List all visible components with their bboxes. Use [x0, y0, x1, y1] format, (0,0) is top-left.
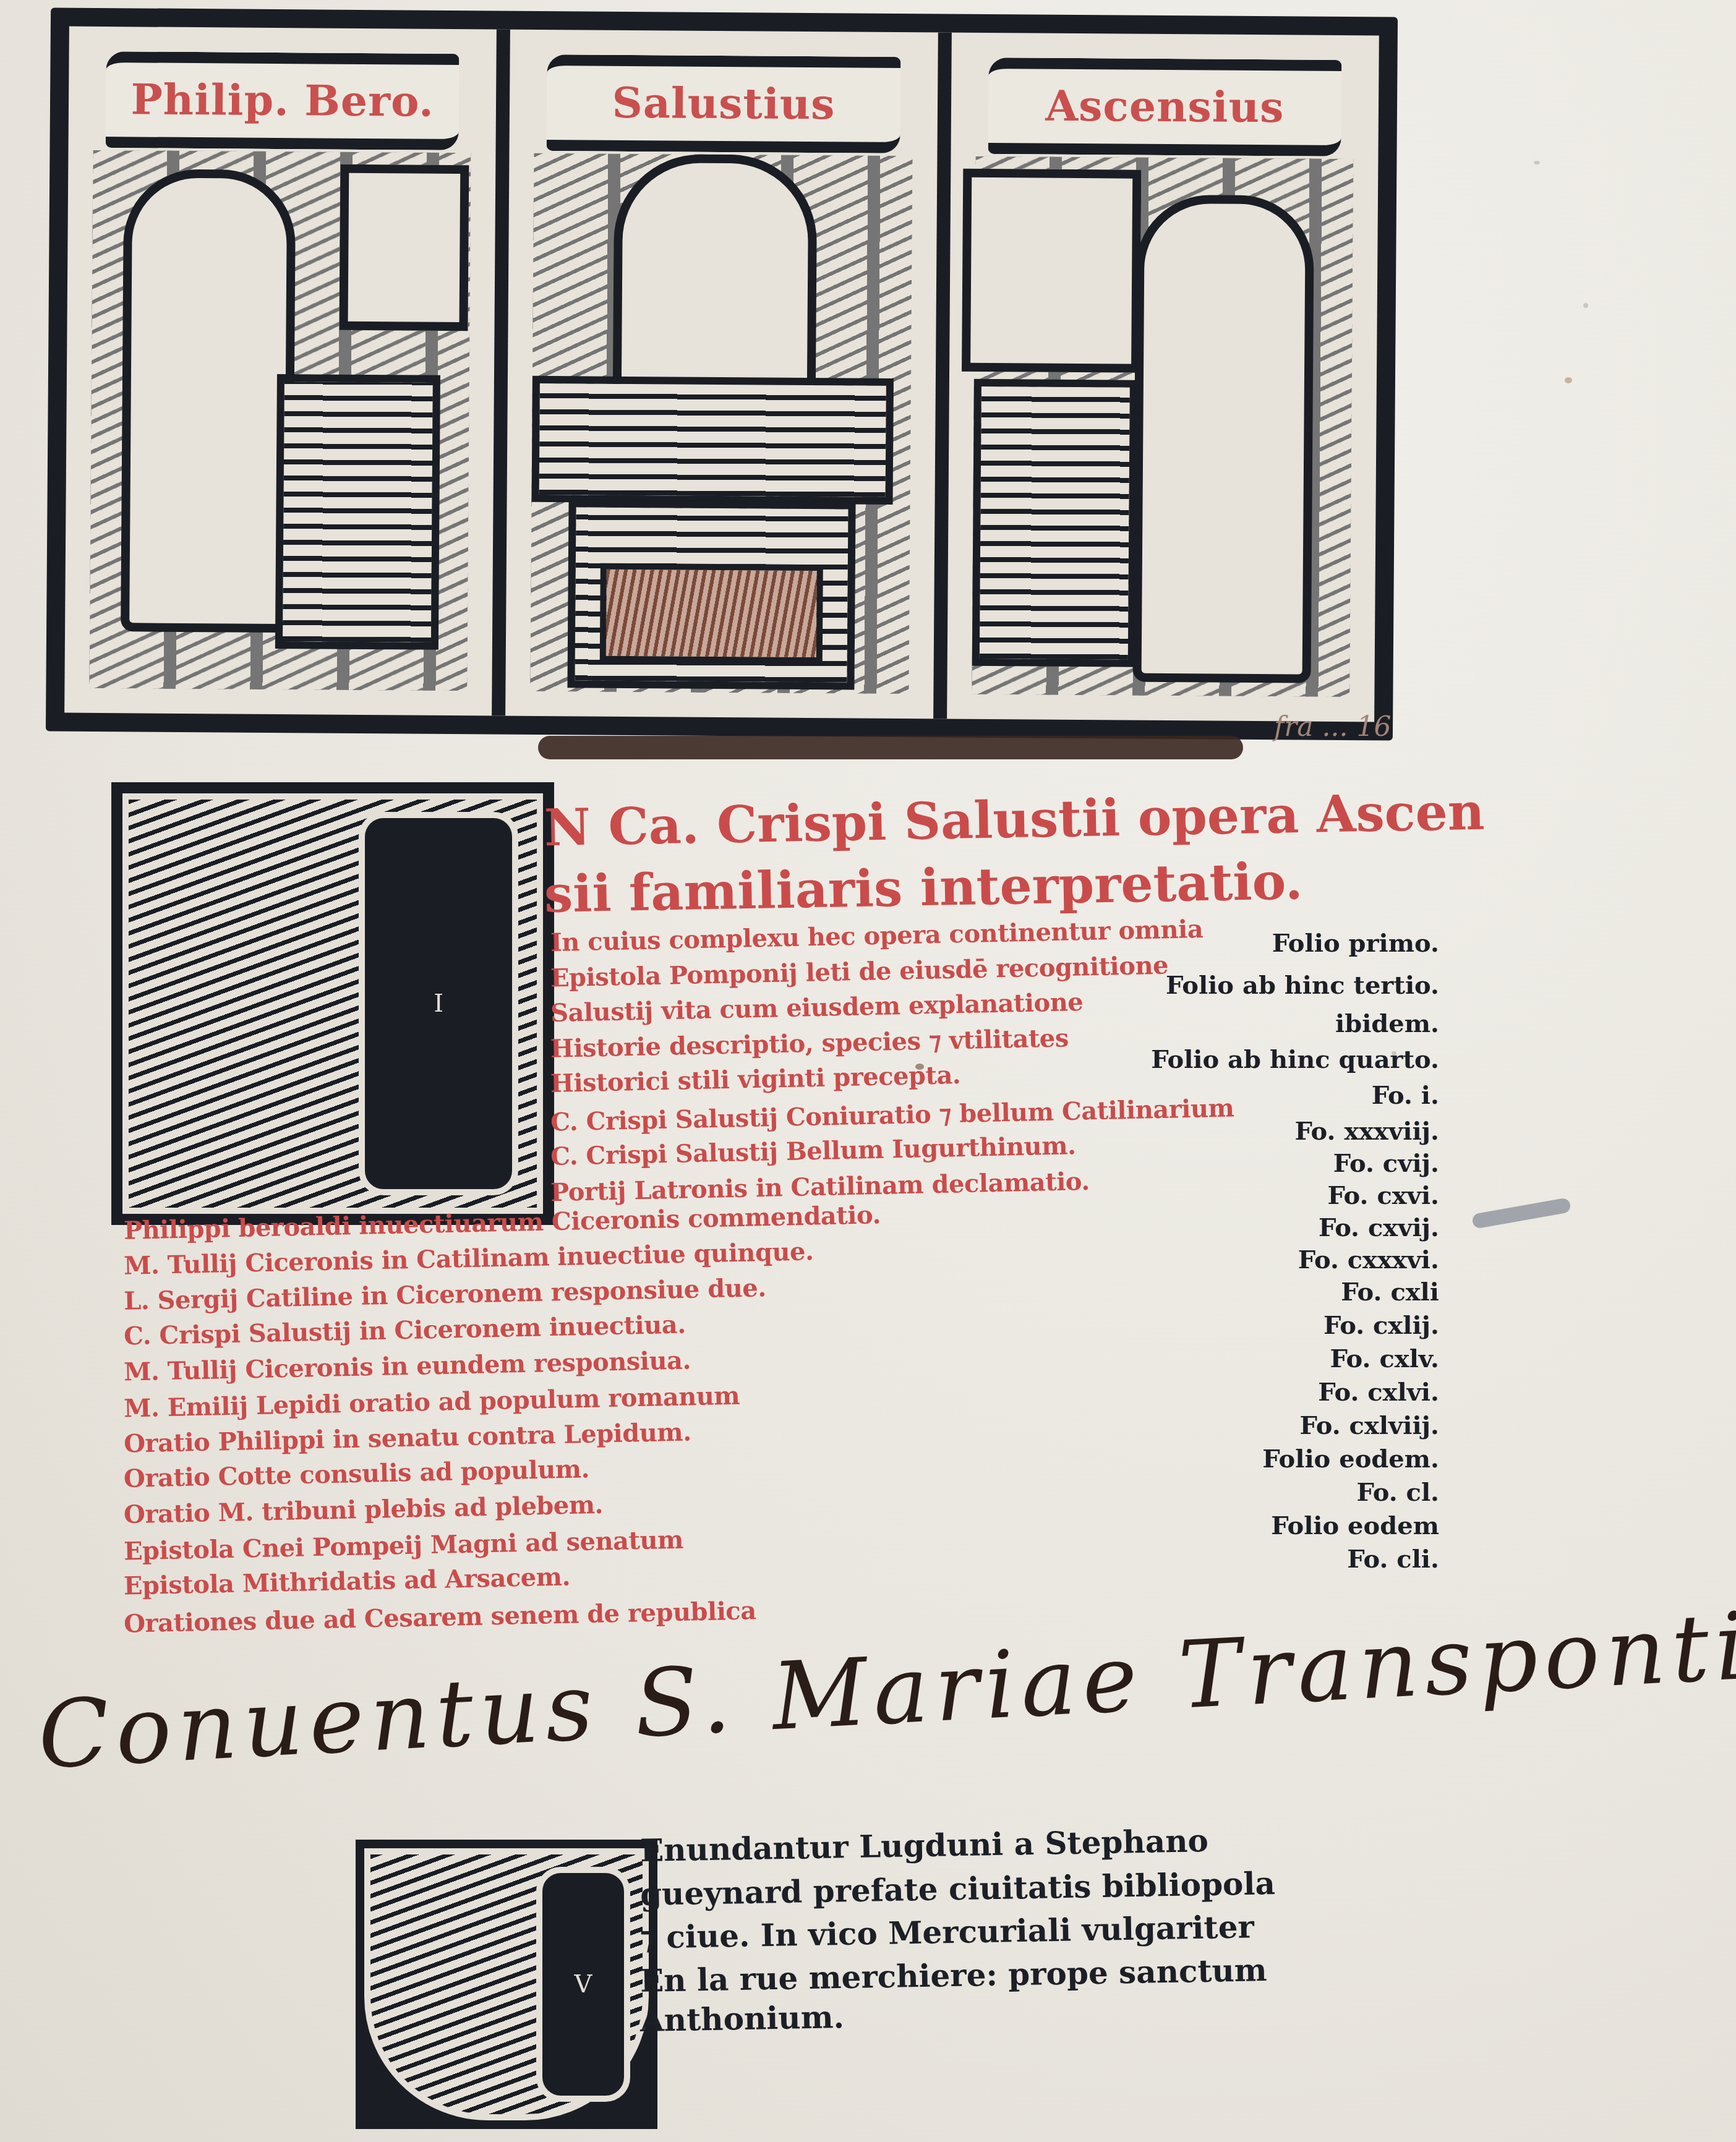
colophon-line: Anthonium. [640, 1999, 845, 2039]
paper-speck [1565, 377, 1572, 383]
folio-ref: Fo. cxxxvi. [1298, 1245, 1439, 1274]
folio-ref: ibidem. [1335, 1009, 1439, 1038]
woodcut-panel-salustius: Salustius [505, 30, 951, 719]
decorated-initial-i: I [111, 782, 554, 1225]
contents-entry: M. Emilij Lepidi oratio ad populum roman… [124, 1381, 740, 1423]
contents-entry: C. Crispi Salustij Coniuratio ⁊ bellum C… [550, 1093, 1234, 1137]
woodcut-panel-beroaldus: Philip. Bero. [64, 27, 510, 716]
contents-entry: L. Sergij Catiline in Ciceronem responsi… [124, 1273, 766, 1316]
folio-ref: Fo. cxvi. [1327, 1181, 1439, 1210]
banner-label-beroaldus: Philip. Bero. [130, 75, 434, 126]
contents-entry: C. Crispi Salustij in Ciceronem inuectiu… [124, 1310, 686, 1350]
contents-entry: Epistola Pomponij leti de eiusdē recogni… [550, 951, 1169, 993]
folio-ref: Folio ab hinc tertio. [1166, 971, 1439, 1000]
banner-label-salustius: Salustius [612, 79, 835, 130]
contents-entry: C. Crispi Salustij Bellum Iugurthinum. [550, 1131, 1076, 1171]
colophon-line: gueynard prefate ciuitatis bibliopola [640, 1865, 1276, 1913]
folio-ref: Fo. cli. [1347, 1545, 1439, 1574]
folio-ref: Folio eodem [1271, 1511, 1439, 1540]
folio-ref: Fo. cxlviij. [1300, 1411, 1439, 1440]
pedestal [568, 500, 856, 689]
contents-entry: Oratio Philippi in senatu contra Lepidum… [124, 1417, 691, 1458]
colophon-line: ⁊ ciue. In vico Mercuriali vulgariter [640, 1908, 1255, 1955]
initial-letter: V [536, 1867, 630, 2102]
banner-scroll: Philip. Bero. [106, 51, 460, 150]
folio-ref: Folio eodem. [1262, 1444, 1439, 1474]
decorated-initial-v: V [356, 1840, 657, 2129]
contents-entry: M. Tullij Ciceronis in eundem responsiua… [124, 1346, 691, 1386]
folio-ref: Fo. i. [1372, 1081, 1439, 1110]
contents-entry: Historie descriptio, species ⁊ vtilitate… [550, 1023, 1069, 1064]
window-shelf [339, 164, 469, 331]
banner-label-ascensius: Ascensius [1045, 82, 1285, 133]
banner-scroll: Salustius [547, 54, 900, 153]
scholar-figure [1132, 195, 1314, 683]
scholar-figure [121, 169, 296, 633]
folio-ref: Fo. cxvij. [1319, 1213, 1439, 1242]
folio-ref: Fo. cxli [1341, 1278, 1439, 1307]
woodcut-illustration: Philip. Bero. Salustius [46, 7, 1398, 740]
folio-ref: Fo. xxxviij. [1294, 1117, 1439, 1146]
folio-ref: Fo. cxlvi. [1318, 1378, 1439, 1407]
folio-ref: Fo. cl. [1356, 1478, 1439, 1507]
woodcut-panel-ascensius: Ascensius [947, 33, 1379, 722]
ink-smudge [538, 736, 1243, 759]
title-line-1: N Ca. Crispi Salustii opera Ascen [544, 787, 1485, 854]
marginal-note: fra ... 16 [1274, 711, 1391, 743]
brown-wood-panel [600, 563, 823, 664]
colophon-line: Enundantur Lugduni a Stephano [640, 1822, 1209, 1869]
contents-entry: Historici stili viginti precepta. [550, 1060, 961, 1098]
title-page: Philip. Bero. Salustius [0, 0, 1736, 2142]
contents-entry: Orationes due ad Cesarem senem de republ… [124, 1596, 756, 1638]
contents-entry: Salustij vita cum eiusdem explanatione [550, 988, 1084, 1028]
pencil-mark [1471, 1197, 1571, 1229]
paper-speck [1534, 161, 1540, 164]
writing-desk [275, 374, 440, 650]
banner-scroll: Ascensius [988, 58, 1341, 156]
folio-ref: Fo. cxlij. [1323, 1311, 1439, 1340]
title-line-2: sii familiaris interpretatio. [544, 856, 1303, 920]
folio-ref: Fo. cxlv. [1330, 1344, 1439, 1373]
paper-speck [1583, 303, 1588, 308]
writing-desk [972, 379, 1137, 667]
contents-entry: Epistola Mithridatis ad Arsacem. [124, 1562, 571, 1600]
contents-entry: Oratio M. tribuni plebis ad plebem. [124, 1490, 604, 1529]
contents-entry: Epistola Cnei Pompeij Magni ad senatum [124, 1525, 684, 1566]
lectern [532, 376, 894, 505]
colophon-line: En la rue merchiere: prope sanctum [640, 1952, 1268, 1999]
folio-ref: Folio primo. [1272, 929, 1439, 958]
contents-entry: Oratio Cotte consulis ad populum. [124, 1454, 590, 1493]
initial-letter: I [359, 812, 518, 1195]
initial-scene-annunciation: V [364, 1848, 649, 2120]
window-shelf [962, 169, 1141, 373]
folio-ref: Folio ab hinc quarto. [1151, 1045, 1439, 1074]
folio-ref: Fo. cvij. [1333, 1149, 1439, 1178]
initial-scene-scholar-with-lion: I [122, 793, 543, 1214]
